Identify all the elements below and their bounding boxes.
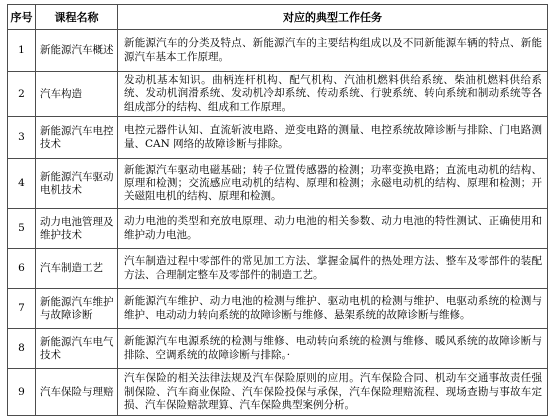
row-number-cell: 5 [8, 209, 36, 249]
course-name-cell: 新能源汽车概述 [36, 30, 118, 72]
table-row: 9 汽车保险与理赔 汽车保险的相关法律法规及汽车保险原则的应用。汽车保险合同、机… [8, 369, 548, 416]
tasks-cell: 新能源汽车电源系统的检测与维修、电动转向系统的检测与维修、暖风系统的故障诊断与排… [118, 329, 548, 369]
row-number-cell: 4 [8, 159, 36, 209]
table-row: 4 新能源汽车驱动电机技术 新能源汽车驱动电磁基础；转子位置传感器的检测；功率变… [8, 159, 548, 209]
table-row: 5 动力电池管理及维护技术 动力电池的类型和充放电原理、动力电池的相关参数、动力… [8, 209, 548, 249]
row-number-cell: 8 [8, 329, 36, 369]
tasks-cell: 动力电池的类型和充放电原理、动力电池的相关参数、动力电池的特性测试、正确使用和维… [118, 209, 548, 249]
course-name-cell: 新能源汽车电气技术 [36, 329, 118, 369]
row-number-cell: 2 [8, 72, 36, 117]
header-course-name: 课程名称 [36, 5, 118, 30]
tasks-cell: 新能源汽车维护、动力电池的检测与维护、驱动电机的检测与维护、电驱动系统的检测与维… [118, 289, 548, 329]
tasks-cell: 电控元器件认知、直流斩波电路、逆变电路的测量、电控系统故障诊断与排除、门电路测量… [118, 117, 548, 159]
tasks-cell: 新能源汽车的分类及特点、新能源汽车的主要结构组成以及不同新能源车辆的特点、新能源… [118, 30, 548, 72]
course-name-cell: 汽车构造 [36, 72, 118, 117]
course-name-cell: 新能源汽车驱动电机技术 [36, 159, 118, 209]
table-row: 2 汽车构造 发动机基本知识。曲柄连杆机构、配气机构、汽油机燃料供给系统、柴油机… [8, 72, 548, 117]
row-number-cell: 3 [8, 117, 36, 159]
row-number-cell: 1 [8, 30, 36, 72]
table-row: 3 新能源汽车电控技术 电控元器件认知、直流斩波电路、逆变电路的测量、电控系统故… [8, 117, 548, 159]
course-name-cell: 新能源汽车电控技术 [36, 117, 118, 159]
tasks-cell: 发动机基本知识。曲柄连杆机构、配气机构、汽油机燃料供给系统、柴油机燃料供给系统、… [118, 72, 548, 117]
tasks-cell: 汽车保险的相关法律法规及汽车保险原则的应用。汽车保险合同、机动车交通事故责任强制… [118, 369, 548, 416]
tasks-cell: 汽车制造过程中零部件的常见加工方法、掌握金属件的热处理方法、整车及零部件的装配方… [118, 249, 548, 289]
table-row: 7 新能源汽车维护与故障诊断 新能源汽车维护、动力电池的检测与维护、驱动电机的检… [8, 289, 548, 329]
header-row: 序号 课程名称 对应的典型工作任务 [8, 5, 548, 30]
header-no: 序号 [8, 5, 36, 30]
course-name-cell: 动力电池管理及维护技术 [36, 209, 118, 249]
course-name-cell: 汽车制造工艺 [36, 249, 118, 289]
tasks-cell: 新能源汽车驱动电磁基础；转子位置传感器的检测；功率变换电路；直流电动机的结构、原… [118, 159, 548, 209]
table-row: 8 新能源汽车电气技术 新能源汽车电源系统的检测与维修、电动转向系统的检测与维修… [8, 329, 548, 369]
table-row: 1 新能源汽车概述 新能源汽车的分类及特点、新能源汽车的主要结构组成以及不同新能… [8, 30, 548, 72]
course-tasks-table: 序号 课程名称 对应的典型工作任务 1 新能源汽车概述 新能源汽车的分类及特点、… [7, 4, 548, 416]
header-typical-tasks: 对应的典型工作任务 [118, 5, 548, 30]
row-number-cell: 9 [8, 369, 36, 416]
table-row: 6 汽车制造工艺 汽车制造过程中零部件的常见加工方法、掌握金属件的热处理方法、整… [8, 249, 548, 289]
course-name-cell: 新能源汽车维护与故障诊断 [36, 289, 118, 329]
row-number-cell: 6 [8, 249, 36, 289]
course-name-cell: 汽车保险与理赔 [36, 369, 118, 416]
row-number-cell: 7 [8, 289, 36, 329]
